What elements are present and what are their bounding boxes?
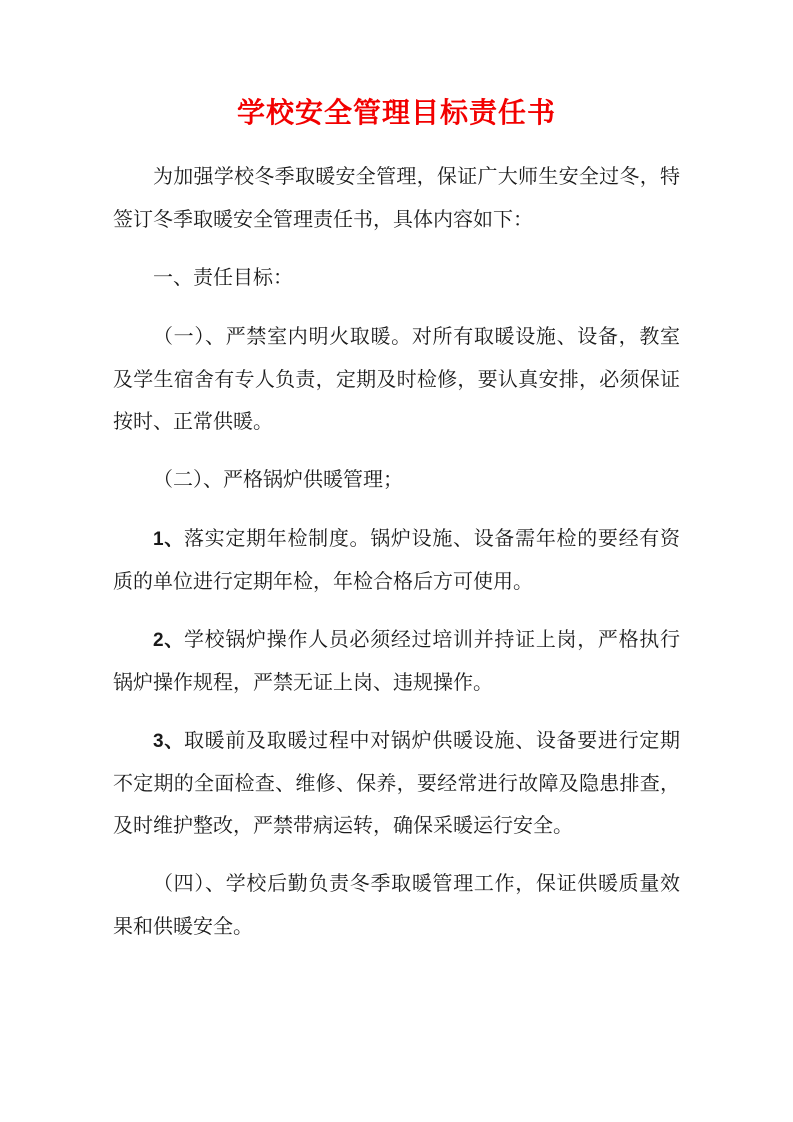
paragraph-item-1: （一）、严禁室内明火取暖。对所有取暖设施、设备，教室及学生宿舍有专人负责，定期及… [113, 316, 680, 443]
list-number: 2、 [153, 630, 184, 651]
paragraph-text: 落实定期年检制度。锅炉设施、设备需年检的要经有资质的单位进行定期年检，年检合格后… [113, 528, 680, 593]
paragraph-subitem-1: 1、落实定期年检制度。锅炉设施、设备需年检的要经有资质的单位进行定期年检，年检合… [113, 518, 680, 603]
document-content: 学校安全管理目标责任书 为加强学校冬季取暖安全管理，保证广大师生安全过冬，特签订… [0, 0, 793, 948]
paragraph-text: 取暖前及取暖过程中对锅炉供暖设施、设备要进行定期不定期的全面检查、维修、保养，要… [113, 730, 680, 837]
paragraph-item-2: （二）、严格锅炉供暖管理； [113, 459, 680, 502]
paragraph-text: （二）、严格锅炉供暖管理； [153, 469, 403, 491]
paragraph-text: 学校锅炉操作人员必须经过培训并持证上岗，严格执行锅炉操作规程，严禁无证上岗、违规… [113, 629, 680, 694]
document-page: 学校安全管理目标责任书 为加强学校冬季取暖安全管理，保证广大师生安全过冬，特签订… [0, 0, 793, 1122]
paragraph-text: （一）、严禁室内明火取暖。对所有取暖设施、设备，教室及学生宿舍有专人负责，定期及… [113, 326, 680, 433]
paragraph-intro: 为加强学校冬季取暖安全管理，保证广大师生安全过冬，特签订冬季取暖安全管理责任书，… [113, 156, 680, 241]
paragraph-text: 一、责任目标： [153, 267, 293, 289]
list-number: 1、 [153, 529, 184, 550]
paragraph-item-4: （四）、学校后勤负责冬季取暖管理工作，保证供暖质量效果和供暖安全。 [113, 863, 680, 948]
paragraph-section-1-heading: 一、责任目标： [113, 257, 680, 300]
list-number: 3、 [153, 731, 184, 752]
paragraph-subitem-3: 3、取暖前及取暖过程中对锅炉供暖设施、设备要进行定期不定期的全面检查、维修、保养… [113, 720, 680, 847]
paragraph-text: 为加强学校冬季取暖安全管理，保证广大师生安全过冬，特签订冬季取暖安全管理责任书，… [113, 166, 680, 231]
paragraph-subitem-2: 2、学校锅炉操作人员必须经过培训并持证上岗，严格执行锅炉操作规程，严禁无证上岗、… [113, 619, 680, 704]
paragraph-text: （四）、学校后勤负责冬季取暖管理工作，保证供暖质量效果和供暖安全。 [113, 873, 680, 938]
document-title: 学校安全管理目标责任书 [113, 94, 680, 134]
